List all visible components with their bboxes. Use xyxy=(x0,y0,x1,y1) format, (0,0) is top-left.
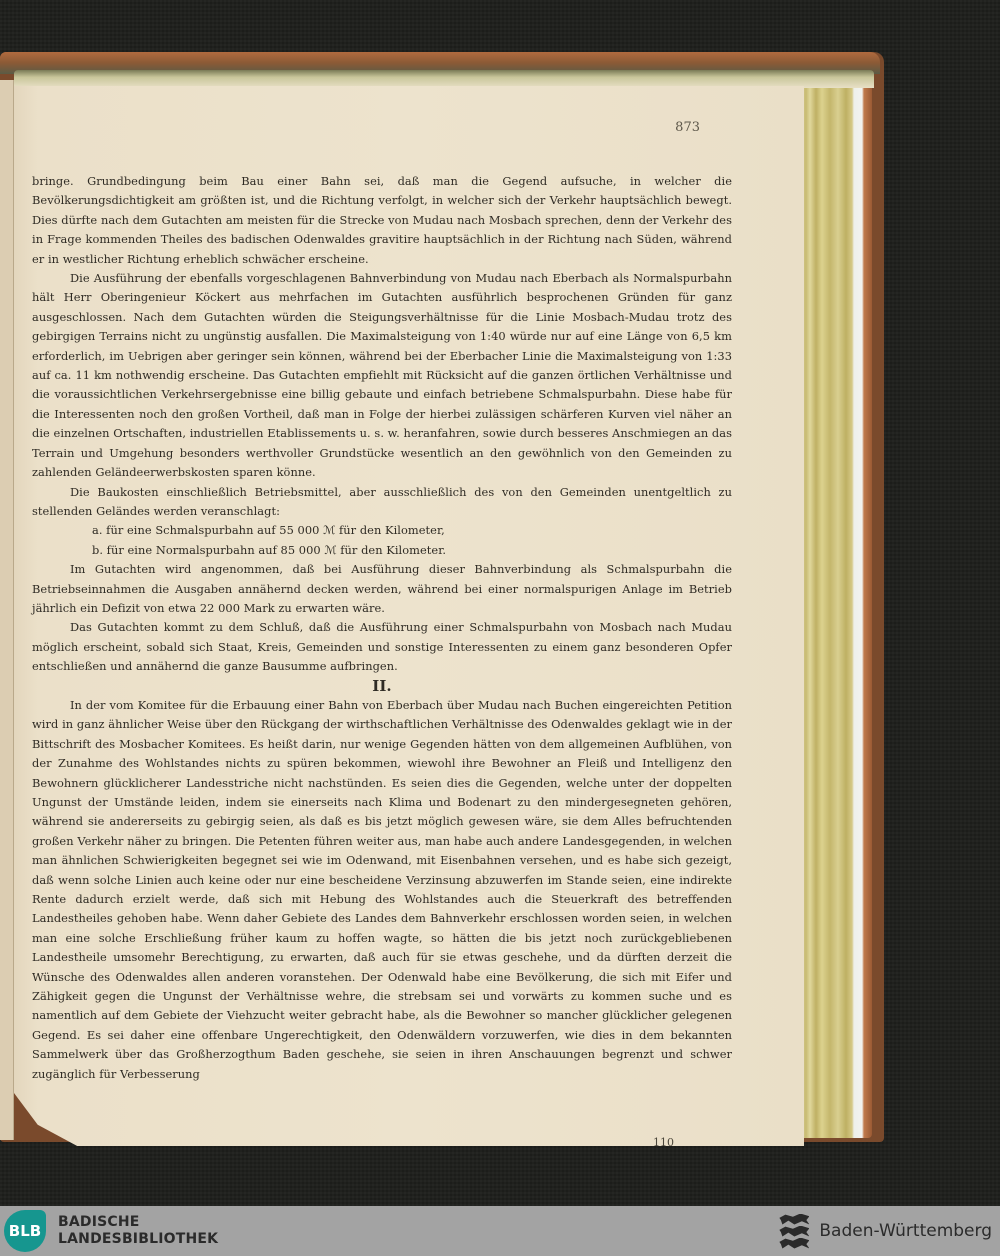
paragraph: Die Ausführung der ebenfalls vorgeschlag… xyxy=(32,269,732,482)
paragraph: In der vom Komitee für die Erbauung eine… xyxy=(32,696,732,1084)
page-number: 873 xyxy=(675,120,700,135)
blb-name: BADISCHE LANDESBIBLIOTHEK xyxy=(58,1214,218,1248)
left-page-edge xyxy=(0,80,14,1140)
blb-logo[interactable]: BLB BADISCHE LANDESBIBLIOTHEK xyxy=(4,1210,218,1252)
blb-badge-icon: BLB xyxy=(4,1210,46,1252)
baden-wuerttemberg-name: Baden-Württemberg xyxy=(819,1221,992,1241)
blb-name-line2: LANDESBIBLIOTHEK xyxy=(58,1231,218,1248)
section-heading: II. xyxy=(32,677,732,696)
paragraph-continuation: bringe. Grundbedingung beim Bau einer Ba… xyxy=(32,172,732,269)
page-text-body: bringe. Grundbedingung beim Bau einer Ba… xyxy=(32,172,732,1084)
lion-icon xyxy=(779,1238,809,1249)
page-block-gilded-edge xyxy=(800,78,872,1138)
signature-mark: 110 xyxy=(653,1136,674,1149)
footer-bar: BLB BADISCHE LANDESBIBLIOTHEK Baden-Würt… xyxy=(0,1206,1000,1256)
paragraph: Das Gutachten kommt zu dem Schluß, daß d… xyxy=(32,618,732,676)
blb-name-line1: BADISCHE xyxy=(58,1214,218,1231)
paragraph: Die Baukosten einschließlich Betriebsmit… xyxy=(32,483,732,522)
running-footer: Verhandlungen der zweiten Kammer 1897/99… xyxy=(70,1154,412,1171)
scanned-page: 873 bringe. Grundbedingung beim Bau eine… xyxy=(14,86,804,1146)
paragraph: Im Gutachten wird angenommen, daß bei Au… xyxy=(32,560,732,618)
lion-icon xyxy=(779,1226,809,1237)
list-item-a: a. für eine Schmalspurbahn auf 55 000 ℳ … xyxy=(32,521,732,540)
scan-viewport: 873 bringe. Grundbedingung beim Bau eine… xyxy=(0,0,1000,1206)
baden-wuerttemberg-logo[interactable]: Baden-Württemberg xyxy=(779,1214,992,1249)
three-lions-coat-of-arms-icon xyxy=(779,1214,809,1249)
page-top-edge xyxy=(14,70,874,88)
lion-icon xyxy=(779,1214,809,1225)
list-item-b: b. für eine Normalspurbahn auf 85 000 ℳ … xyxy=(32,541,732,560)
